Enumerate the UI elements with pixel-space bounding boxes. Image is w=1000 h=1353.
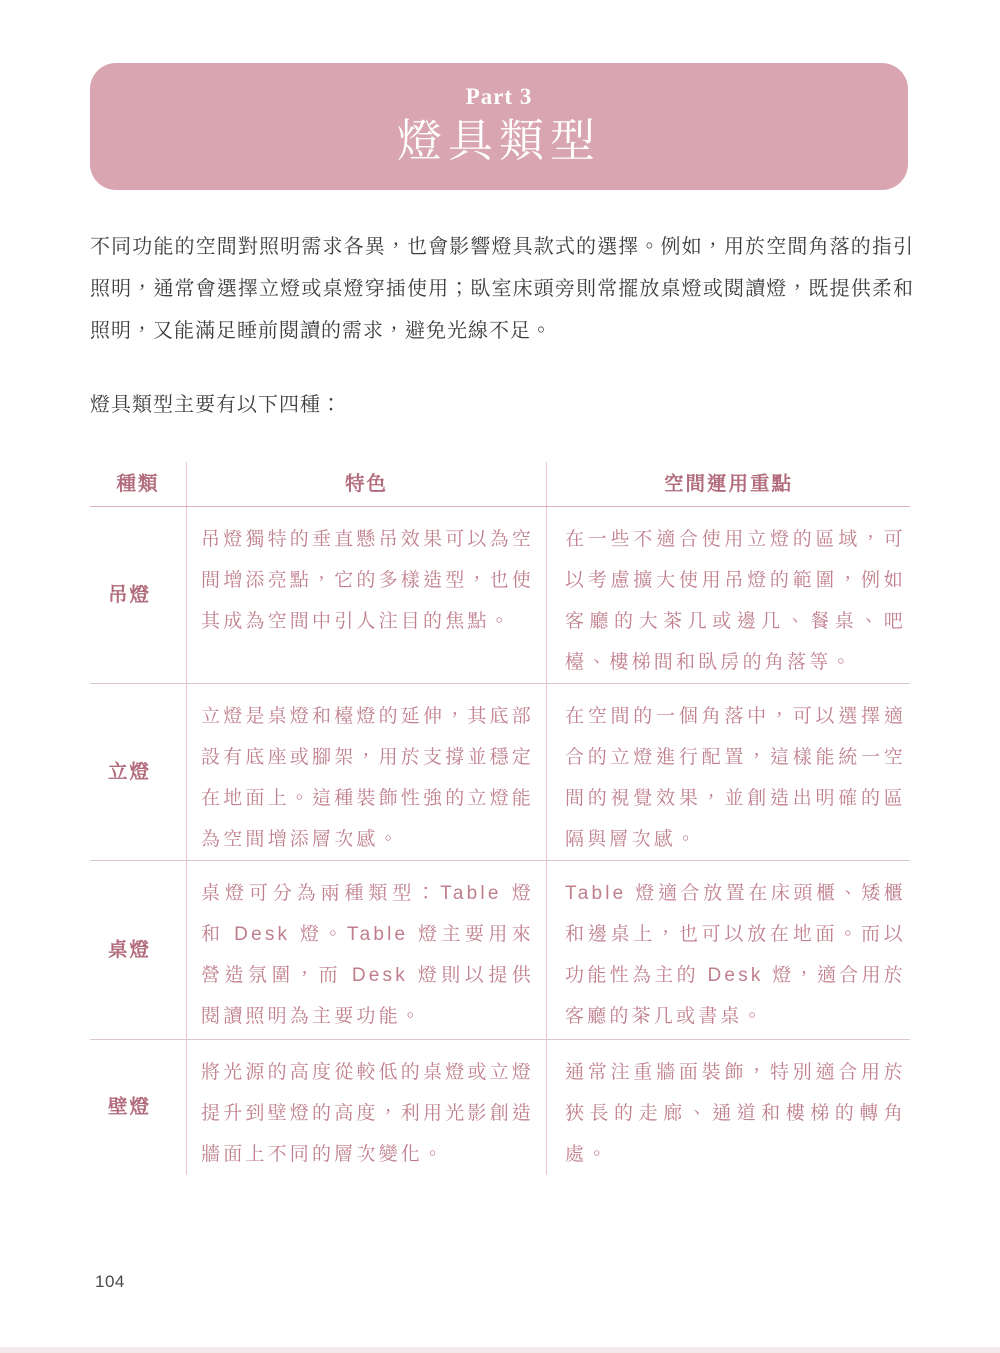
table-row-table-lamp: 桌燈 桌燈可分為兩種類型：Table 燈和 Desk 燈。Table 燈主要用來… — [90, 861, 910, 1040]
usage-cell: Table 燈適合放置在床頭櫃、矮櫃和邊桌上，也可以放在地面。而以功能性為主的 … — [547, 861, 910, 1039]
row-label: 桌燈 — [90, 861, 187, 1039]
feature-cell: 將光源的高度從較低的桌燈或立燈提升到壁燈的高度，利用光影創造牆面上不同的層次變化… — [187, 1040, 547, 1175]
intro-paragraph: 不同功能的空間對照明需求各異，也會影響燈具款式的選擇。例如，用於空間角落的指引照… — [90, 226, 914, 352]
part-label: Part 3 — [90, 84, 908, 110]
table-row-floor-lamp: 立燈 立燈是桌燈和檯燈的延伸，其底部設有底座或腳架，用於支撐並穩定在地面上。這種… — [90, 684, 910, 861]
table-row-pendant-lamp: 吊燈 吊燈獨特的垂直懸吊效果可以為空間增添亮點，它的多樣造型，也使其成為空間中引… — [90, 507, 910, 684]
usage-cell: 通常注重牆面裝飾，特別適合用於狹長的走廊、通道和樓梯的轉角處。 — [547, 1040, 910, 1175]
column-header-feature: 特色 — [187, 462, 547, 506]
page-bottom-strip — [0, 1347, 1000, 1353]
chapter-banner: Part 3 燈具類型 — [90, 63, 908, 190]
table-header-row: 種類 特色 空間運用重點 — [90, 462, 910, 507]
page-number: 104 — [95, 1272, 125, 1292]
row-label: 立燈 — [90, 684, 187, 860]
row-label: 壁燈 — [90, 1040, 187, 1175]
book-page: Part 3 燈具類型 不同功能的空間對照明需求各異，也會影響燈具款式的選擇。例… — [0, 0, 1000, 1353]
feature-cell: 桌燈可分為兩種類型：Table 燈和 Desk 燈。Table 燈主要用來營造氛… — [187, 861, 547, 1039]
chapter-title: 燈具類型 — [90, 117, 908, 167]
lamp-type-table: 種類 特色 空間運用重點 吊燈 吊燈獨特的垂直懸吊效果可以為空間增添亮點，它的多… — [90, 462, 910, 1175]
feature-cell: 吊燈獨特的垂直懸吊效果可以為空間增添亮點，它的多樣造型，也使其成為空間中引人注目… — [187, 507, 547, 683]
usage-cell: 在一些不適合使用立燈的區域，可以考慮擴大使用吊燈的範圍，例如客廳的大茶几或邊几、… — [547, 507, 910, 683]
row-label: 吊燈 — [90, 507, 187, 683]
column-header-type: 種類 — [90, 462, 187, 506]
feature-cell: 立燈是桌燈和檯燈的延伸，其底部設有底座或腳架，用於支撐並穩定在地面上。這種裝飾性… — [187, 684, 547, 860]
column-header-usage: 空間運用重點 — [547, 462, 910, 506]
lead-in-text: 燈具類型主要有以下四種： — [90, 384, 914, 426]
table-row-wall-lamp: 壁燈 將光源的高度從較低的桌燈或立燈提升到壁燈的高度，利用光影創造牆面上不同的層… — [90, 1040, 910, 1175]
usage-cell: 在空間的一個角落中，可以選擇適合的立燈進行配置，這樣能統一空間的視覺效果，並創造… — [547, 684, 910, 860]
